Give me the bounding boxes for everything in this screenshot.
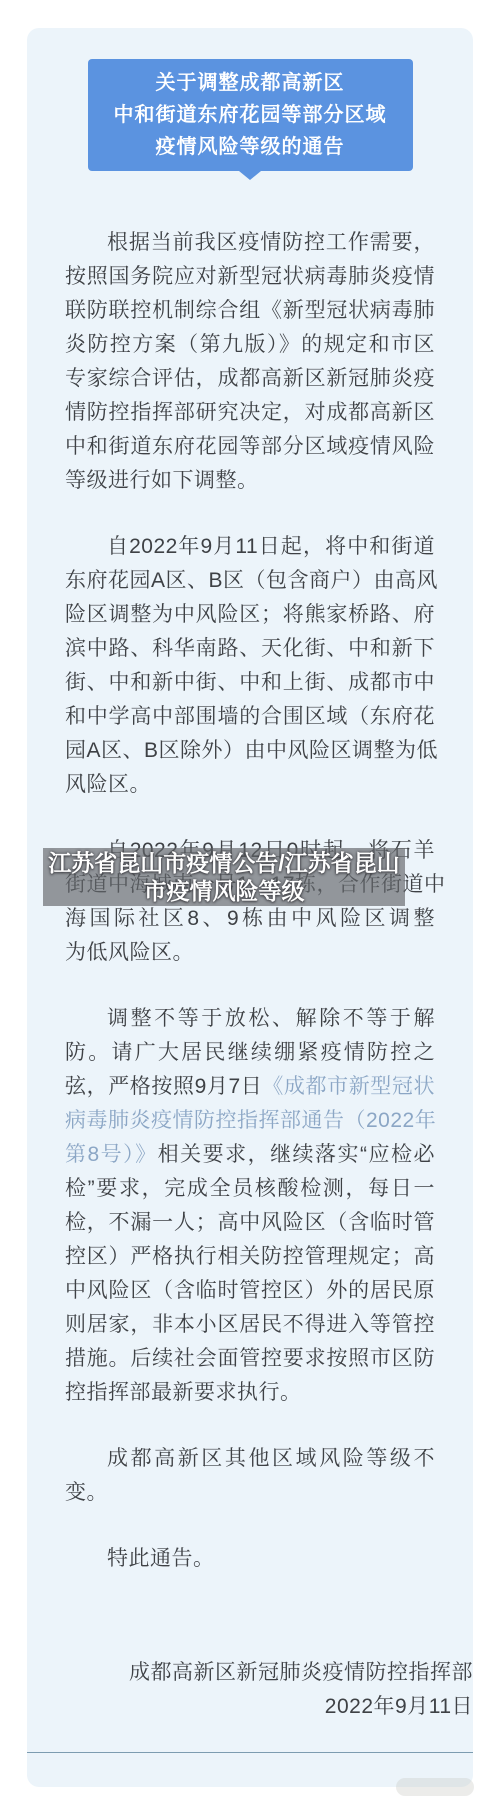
text-segment: 东府花园A区、B区（包含商户）由高风 (65, 569, 438, 592)
text-segment: 根据当前我区疫情防控工作需要， (107, 231, 435, 254)
text-segment: 检”要求，完成全员核酸检测，每日一 (65, 1177, 435, 1200)
text-line: 险区调整为中风险区；将熊家桥路、府 (65, 598, 435, 632)
text-line: 联防联控机制综合组《新型冠状病毒肺 (65, 294, 435, 328)
text-line: 滨中路、科华南路、天化街、中和新下 (65, 632, 435, 666)
text-line: 弦，严格按照9月7日《成都市新型冠状 (65, 1070, 435, 1104)
text-line: 变。 (65, 1476, 435, 1510)
text-segment: 炎防控方案（第九版）》的规定和市区 (65, 333, 435, 356)
notice-title-line: 疫情风险等级的通告 (88, 131, 413, 163)
text-line: 检，不漏一人；高中风险区（含临时管 (65, 1206, 435, 1240)
text-line: 街、中和新中街、中和上街、成都市中 (65, 666, 435, 700)
text-line: 专家综合评估，成都高新区新冠肺炎疫 (65, 362, 435, 396)
text-segment: 中和街道东府花园等部分区域疫情风险 (65, 435, 435, 458)
text-line: 炎防控方案（第九版）》的规定和市区 (65, 328, 435, 362)
text-line: 病毒肺炎疫情防控指挥部通告（2022年 (65, 1104, 435, 1138)
text-line: 措施。后续社会面管控要求按照市区防 (65, 1342, 435, 1376)
text-segment: 相关要求，继续落实“应检必 (158, 1143, 435, 1166)
page-background: { "colors": { "header_blue": "#5b93e0", … (0, 0, 500, 1805)
text-line: 风险区。 (65, 768, 435, 802)
text-segment: 等级进行如下调整。 (65, 469, 259, 492)
footer-divider (27, 1752, 473, 1753)
text-segment: 特此通告。 (107, 1547, 215, 1570)
text-segment: 调整不等于放松、解除不等于解 (107, 1007, 435, 1030)
text-segment: 联防联控机制综合组《新型冠状病毒肺 (65, 299, 435, 322)
text-line: 自2022年9月11日起，将中和街道 (65, 530, 435, 564)
text-line: 海国际社区8、9栋由中风险区调整 (65, 902, 435, 936)
text-line: 园A区、B区除外）由中风险区调整为低 (65, 734, 435, 768)
notice-document-link[interactable]: 病毒肺炎疫情防控指挥部通告（2022年 (65, 1109, 436, 1132)
notice-date: 2022年9月11日 (27, 1690, 473, 1724)
text-line: 控指挥部最新要求执行。 (65, 1376, 435, 1410)
text-line: 根据当前我区疫情防控工作需要， (65, 226, 435, 260)
text-segment: 则居家，非本小区居民不得进入等管控 (65, 1313, 435, 1336)
title-pointer-triangle (239, 171, 261, 180)
text-segment: 情防控指挥部研究决定，对成都高新区 (65, 401, 435, 424)
text-line: 控区）严格执行相关防控管理规定；高 (65, 1240, 435, 1274)
text-segment: 风险区。 (65, 773, 151, 796)
notice-document-link[interactable]: 第8号）》 (65, 1143, 158, 1166)
text-line: 和中学高中部围墙的合围区域（东府花 (65, 700, 435, 734)
text-segment: 变。 (65, 1481, 108, 1504)
text-segment: 专家综合评估，成都高新区新冠肺炎疫 (65, 367, 435, 390)
text-line: 成都高新区其他区域风险等级不 (65, 1442, 435, 1476)
text-segment: 滨中路、科华南路、天化街、中和新下 (65, 637, 435, 660)
caption-overlay-text: 江苏省昆山市疫情公告/江苏省昆山市疫情风险等级 (43, 849, 405, 905)
text-line: 为低风险区。 (65, 936, 435, 970)
text-line: 等级进行如下调整。 (65, 464, 435, 498)
text-segment: 按照国务院应对新型冠状病毒肺炎疫情 (65, 265, 435, 288)
text-line: 按照国务院应对新型冠状病毒肺炎疫情 (65, 260, 435, 294)
notice-card: 关于调整成都高新区中和街道东府花园等部分区域疫情风险等级的通告 根据当前我区疫情… (27, 28, 473, 1787)
text-segment: 检，不漏一人；高中风险区（含临时管 (65, 1211, 435, 1234)
text-segment: 海国际社区8、9栋由中风险区调整 (65, 907, 435, 930)
notice-paragraph: 成都高新区其他区域风险等级不变。 (65, 1442, 435, 1510)
notice-paragraph: 自2022年9月11日起，将中和街道东府花园A区、B区（包含商户）由高风险区调整… (65, 530, 435, 802)
notice-title-box: 关于调整成都高新区中和街道东府花园等部分区域疫情风险等级的通告 (88, 59, 413, 171)
text-line: 特此通告。 (65, 1542, 435, 1576)
notice-footer: 成都高新区新冠肺炎疫情防控指挥部 2022年9月11日 (27, 1656, 473, 1724)
notice-paragraph: 根据当前我区疫情防控工作需要，按照国务院应对新型冠状病毒肺炎疫情联防联控机制综合… (65, 226, 435, 498)
notice-title-line: 中和街道东府花园等部分区域 (88, 99, 413, 131)
text-line: 第8号）》相关要求，继续落实“应检必 (65, 1138, 435, 1172)
text-segment: 园A区、B区除外）由中风险区调整为低 (65, 739, 438, 762)
text-segment: 险区调整为中风险区；将熊家桥路、府 (65, 603, 435, 626)
text-line: 情防控指挥部研究决定，对成都高新区 (65, 396, 435, 430)
text-line: 中和街道东府花园等部分区域疫情风险 (65, 430, 435, 464)
text-line: 防。请广大居民继续绷紧疫情防控之 (65, 1036, 435, 1070)
text-segment: 为低风险区。 (65, 941, 194, 964)
text-segment: 和中学高中部围墙的合围区域（东府花 (65, 705, 435, 728)
text-segment: 自2022年9月11日起，将中和街道 (107, 535, 435, 558)
notice-document-link[interactable]: 《成都市新型冠状 (262, 1075, 435, 1098)
text-segment: 控区）严格执行相关防控管理规定；高 (65, 1245, 435, 1268)
text-segment: 措施。后续社会面管控要求按照市区防 (65, 1347, 435, 1370)
text-segment: 防。请广大居民继续绷紧疫情防控之 (65, 1041, 435, 1064)
text-line: 检”要求，完成全员核酸检测，每日一 (65, 1172, 435, 1206)
text-segment: 弦，严格按照9月7日 (65, 1075, 262, 1098)
text-segment: 街、中和新中街、中和上街、成都市中 (65, 671, 435, 694)
bottom-corner-bar (396, 1778, 474, 1796)
notice-paragraph: 特此通告。 (65, 1542, 435, 1576)
text-segment: 控指挥部最新要求执行。 (65, 1381, 302, 1404)
text-line: 东府花园A区、B区（包含商户）由高风 (65, 564, 435, 598)
text-segment: 中风险区（含临时管控区）外的居民原 (65, 1279, 435, 1302)
notice-paragraph: 调整不等于放松、解除不等于解防。请广大居民继续绷紧疫情防控之弦，严格按照9月7日… (65, 1002, 435, 1410)
text-segment: 成都高新区其他区域风险等级不 (107, 1447, 435, 1470)
text-line: 中风险区（含临时管控区）外的居民原 (65, 1274, 435, 1308)
caption-overlay: 江苏省昆山市疫情公告/江苏省昆山市疫情风险等级 (43, 848, 405, 906)
notice-title-line: 关于调整成都高新区 (88, 67, 413, 99)
text-line: 则居家，非本小区居民不得进入等管控 (65, 1308, 435, 1342)
notice-signature: 成都高新区新冠肺炎疫情防控指挥部 (27, 1656, 473, 1690)
text-line: 调整不等于放松、解除不等于解 (65, 1002, 435, 1036)
